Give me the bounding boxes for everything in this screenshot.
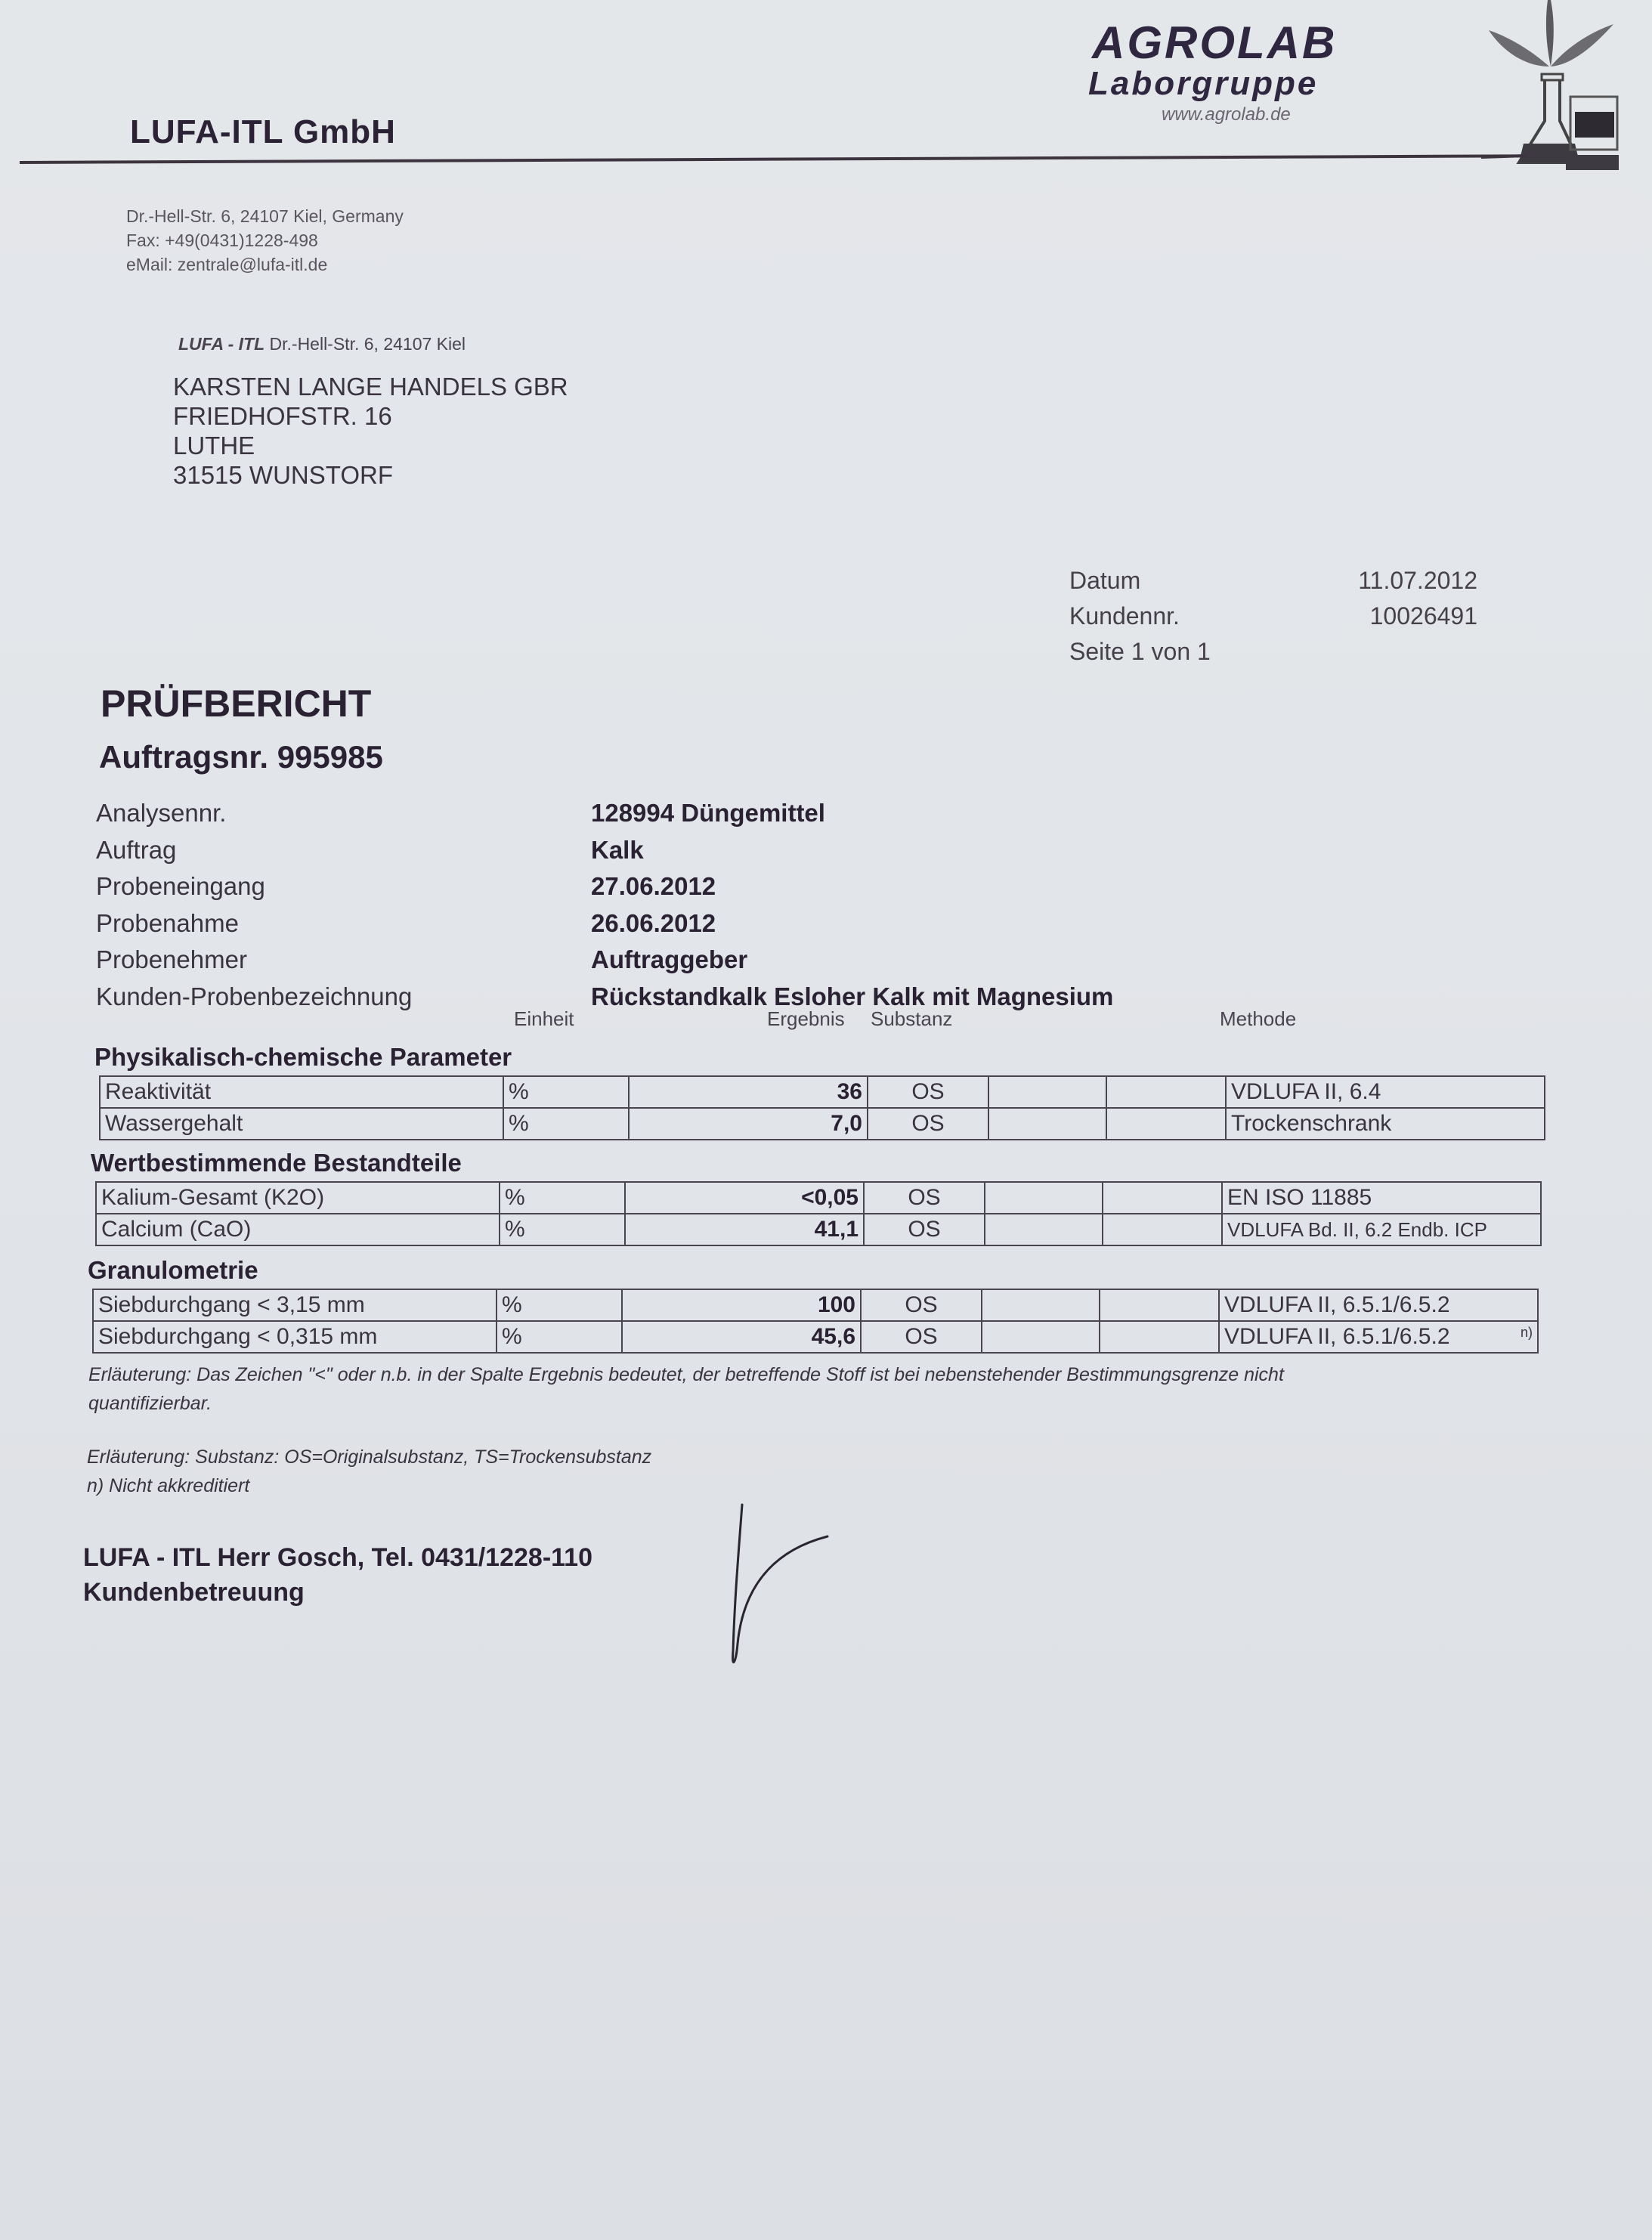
info-value: 128994 Düngemittel [591, 795, 825, 832]
unit-text: % [509, 1079, 529, 1104]
substance-note: Erläuterung: Substanz: OS=Originalsubsta… [87, 1443, 651, 1500]
sender-address: Dr.-Hell-Str. 6, 24107 Kiel, Germany [126, 204, 404, 228]
info-row: Auftrag Kalk [96, 832, 1113, 869]
unit: % [500, 1182, 625, 1214]
parameter-name: Siebdurchgang < 3,15 mm [93, 1289, 497, 1321]
parameter-name: Siebdurchgang < 0,315 mm [93, 1321, 497, 1353]
empty-cell [1106, 1076, 1226, 1108]
substance-text: OS [905, 1292, 937, 1317]
header-divider [20, 154, 1561, 164]
substance-text: OS [908, 1185, 940, 1210]
empty-cell [982, 1289, 1100, 1321]
note-marker: n) [1521, 1325, 1533, 1341]
contact-block: LUFA - ITL Herr Gosch, Tel. 0431/1228-11… [83, 1540, 592, 1610]
parameter-name: Calcium (CaO) [96, 1214, 500, 1245]
contact-person: LUFA - ITL Herr Gosch, Tel. 0431/1228-11… [83, 1540, 592, 1575]
unit-text: % [505, 1217, 525, 1242]
column-header-substance: Substanz [871, 1007, 952, 1031]
empty-cell [1100, 1289, 1219, 1321]
info-value: Auftraggeber [591, 942, 747, 979]
substance: OS [868, 1108, 988, 1140]
method-text: VDLUFA II, 6.4 [1231, 1079, 1381, 1104]
return-street: Dr.-Hell-Str. 6, 24107 Kiel [270, 334, 466, 354]
method-text: Trockenschrank [1231, 1111, 1391, 1136]
result-value: 100 [622, 1289, 861, 1321]
info-value: 27.06.2012 [591, 868, 716, 905]
empty-cell [988, 1076, 1106, 1108]
meta-page: Seite 1 von 1 [1069, 634, 1477, 670]
empty-cell [1106, 1108, 1226, 1140]
substance: OS [861, 1321, 982, 1353]
parameter-name-text: Wassergehalt [105, 1111, 243, 1136]
sample-info: Analysennr. 128994 Düngemittel Auftrag K… [96, 795, 1113, 1015]
customer-label: Kundennr. [1069, 599, 1304, 634]
method: EN ISO 11885 [1222, 1182, 1541, 1214]
plant-flask-lab-icon [1481, 0, 1640, 181]
results-table: Siebdurchgang < 3,15 mm%100OSVDLUFA II, … [92, 1289, 1539, 1354]
info-label: Analysennr. [96, 795, 591, 832]
unit-text: % [502, 1324, 522, 1349]
column-header-method: Methode [1220, 1007, 1296, 1031]
return-address: LUFA - ITL Dr.-Hell-Str. 6, 24107 Kiel [178, 334, 466, 354]
table-row: Reaktivität%36OSVDLUFA II, 6.4 [100, 1076, 1545, 1108]
substance-text: OS [905, 1324, 937, 1349]
unit: % [503, 1108, 629, 1140]
method: Trockenschrank [1226, 1108, 1545, 1140]
customer-value: 10026491 [1304, 599, 1477, 634]
parameter-name: Reaktivität [100, 1076, 503, 1108]
unit: % [497, 1289, 622, 1321]
recipient-line: FRIEDHOFSTR. 16 [173, 401, 568, 431]
section-title: Wertbestimmende Bestandteile [91, 1149, 462, 1177]
note-text: Erläuterung: Substanz: OS=Originalsubsta… [87, 1443, 651, 1471]
meta-customer: Kundennr. 10026491 [1069, 599, 1477, 634]
result-value: 41,1 [625, 1214, 864, 1245]
date-label: Datum [1069, 563, 1304, 599]
return-name: LUFA - ITL [178, 334, 265, 354]
info-row: Probenahme 26.06.2012 [96, 905, 1113, 942]
parameter-name-text: Kalium-Gesamt (K2O) [101, 1185, 324, 1210]
result-value-text: 7,0 [831, 1111, 862, 1136]
results-table: Reaktivität%36OSVDLUFA II, 6.4Wassergeha… [99, 1075, 1545, 1140]
substance: OS [861, 1289, 982, 1321]
unit-text: % [505, 1185, 525, 1210]
table-row: Siebdurchgang < 3,15 mm%100OSVDLUFA II, … [93, 1289, 1538, 1321]
substance-text: OS [911, 1111, 944, 1136]
parameter-name: Kalium-Gesamt (K2O) [96, 1182, 500, 1214]
signature [703, 1500, 839, 1674]
parameter-name-text: Calcium (CaO) [101, 1217, 251, 1242]
page-indicator: Seite 1 von 1 [1069, 634, 1304, 670]
info-value: 26.06.2012 [591, 905, 716, 942]
section-title: Granulometrie [88, 1256, 258, 1285]
unit: % [497, 1321, 622, 1353]
result-value-text: 36 [837, 1079, 862, 1104]
empty-cell [985, 1214, 1103, 1245]
document-meta: Datum 11.07.2012 Kundennr. 10026491 Seit… [1069, 563, 1477, 670]
section-title: Physikalisch-chemische Parameter [94, 1043, 512, 1072]
recipient-line: KARSTEN LANGE HANDELS GBR [173, 372, 568, 401]
parameter-name-text: Siebdurchgang < 3,15 mm [98, 1292, 365, 1317]
parameter-name: Wassergehalt [100, 1108, 503, 1140]
empty-cell [1100, 1321, 1219, 1353]
substance-text: OS [908, 1217, 940, 1242]
info-label: Probenahme [96, 905, 591, 942]
empty-cell [985, 1182, 1103, 1214]
sender-block: Dr.-Hell-Str. 6, 24107 Kiel, Germany Fax… [126, 204, 404, 277]
parameter-name-text: Siebdurchgang < 0,315 mm [98, 1324, 377, 1349]
method: VDLUFA Bd. II, 6.2 Endb. ICP [1222, 1214, 1541, 1245]
parameter-name-text: Reaktivität [105, 1079, 211, 1104]
recipient-line: LUTHE [173, 431, 568, 460]
table-row: Calcium (CaO)%41,1OSVDLUFA Bd. II, 6.2 E… [96, 1214, 1541, 1245]
table-row: Kalium-Gesamt (K2O)%<0,05OSEN ISO 11885 [96, 1182, 1541, 1214]
column-header-unit: Einheit [514, 1007, 574, 1031]
result-value: <0,05 [625, 1182, 864, 1214]
result-value-text: <0,05 [801, 1185, 858, 1210]
brand-name: AGROLAB [1092, 17, 1337, 69]
empty-cell [1103, 1214, 1222, 1245]
brand-subtitle: Laborgruppe [1088, 65, 1318, 103]
column-header-result: Ergebnis [767, 1007, 845, 1031]
info-row: Analysennr. 128994 Düngemittel [96, 795, 1113, 832]
info-label: Probenehmer [96, 942, 591, 979]
results-table: Kalium-Gesamt (K2O)%<0,05OSEN ISO 11885C… [95, 1181, 1542, 1246]
recipient-line: 31515 WUNSTORF [173, 460, 568, 490]
info-value: Kalk [591, 832, 644, 869]
brand-url: www.agrolab.de [1162, 104, 1291, 125]
explanation-note: Erläuterung: Das Zeichen "<" oder n.b. i… [88, 1360, 1284, 1418]
info-label: Probeneingang [96, 868, 591, 905]
method: VDLUFA II, 6.5.1/6.5.2n) [1219, 1321, 1538, 1353]
result-value: 45,6 [622, 1321, 861, 1353]
order-number: Auftragsnr. 995985 [99, 739, 383, 775]
company-name: LUFA-ITL GmbH [130, 113, 396, 151]
report-title: PRÜFBERICHT [101, 682, 371, 726]
table-row: Siebdurchgang < 0,315 mm%45,6OSVDLUFA II… [93, 1321, 1538, 1353]
result-value-text: 45,6 [812, 1324, 855, 1349]
table-row: Wassergehalt%7,0OSTrockenschrank [100, 1108, 1545, 1140]
note-text: Erläuterung: Das Zeichen "<" oder n.b. i… [88, 1360, 1284, 1389]
unit: % [503, 1076, 629, 1108]
result-value-text: 100 [818, 1292, 855, 1317]
sender-fax: Fax: +49(0431)1228-498 [126, 228, 404, 252]
info-value: Rückstandkalk Esloher Kalk mit Magnesium [591, 979, 1113, 1016]
substance-text: OS [911, 1079, 944, 1104]
info-label: Auftrag [96, 832, 591, 869]
method-text: VDLUFA II, 6.5.1/6.5.2 [1224, 1292, 1450, 1317]
result-value-text: 41,1 [815, 1217, 858, 1242]
meta-date: Datum 11.07.2012 [1069, 563, 1477, 599]
substance: OS [864, 1182, 985, 1214]
info-row: Probeneingang 27.06.2012 [96, 868, 1113, 905]
method-text: VDLUFA II, 6.5.1/6.5.2 [1224, 1324, 1450, 1349]
recipient-address: KARSTEN LANGE HANDELS GBR FRIEDHOFSTR. 1… [173, 372, 568, 490]
empty-cell [1103, 1182, 1222, 1214]
contact-department: Kundenbetreuung [83, 1575, 592, 1610]
result-value: 7,0 [629, 1108, 868, 1140]
info-row: Kunden-Probenbezeichnung Rückstandkalk E… [96, 979, 1113, 1016]
date-value: 11.07.2012 [1304, 563, 1477, 599]
empty-cell [982, 1321, 1100, 1353]
method-text: VDLUFA Bd. II, 6.2 Endb. ICP [1227, 1218, 1487, 1241]
method: VDLUFA II, 6.5.1/6.5.2 [1219, 1289, 1538, 1321]
sender-email: eMail: zentrale@lufa-itl.de [126, 252, 404, 277]
unit: % [500, 1214, 625, 1245]
result-value: 36 [629, 1076, 868, 1108]
note-text: quantifizierbar. [88, 1389, 1284, 1418]
accreditation-note: n) Nicht akkreditiert [87, 1471, 651, 1500]
info-row: Probenehmer Auftraggeber [96, 942, 1113, 979]
substance: OS [864, 1214, 985, 1245]
substance: OS [868, 1076, 988, 1108]
method-text: EN ISO 11885 [1227, 1185, 1372, 1210]
unit-text: % [509, 1111, 529, 1136]
method: VDLUFA II, 6.4 [1226, 1076, 1545, 1108]
empty-cell [988, 1108, 1106, 1140]
unit-text: % [502, 1292, 522, 1317]
